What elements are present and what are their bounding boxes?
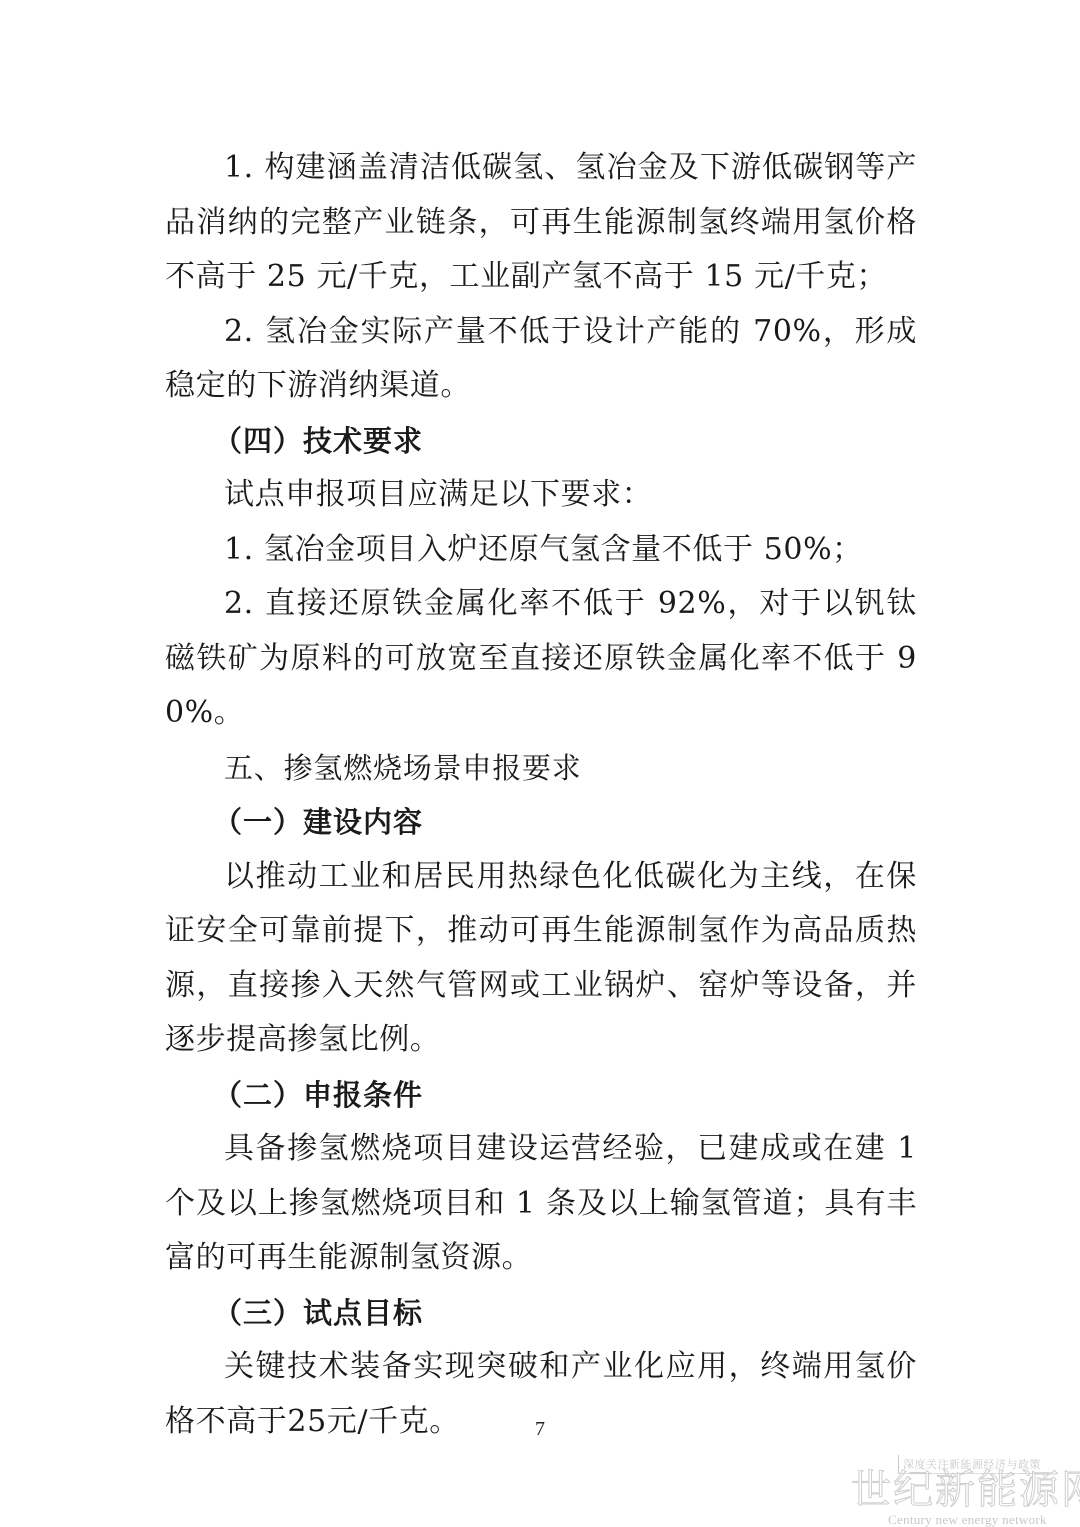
section-heading-hydrogen-blending: 五、掺氢燃烧场景申报要求: [165, 741, 917, 796]
paragraph-requirements-intro: 试点申报项目应满足以下要求：: [165, 468, 917, 523]
subheading-construction-content: （一）建设内容: [165, 795, 917, 850]
paragraph-hydrogen-content: 1. 氢冶金项目入炉还原气氢含量不低于 50%；: [165, 523, 917, 578]
paragraph-application-conditions: 具备掺氢燃烧项目建设运营经验，已建成或在建 1 个及以上掺氢燃烧项目和 1 条及…: [165, 1122, 917, 1286]
subheading-pilot-goals: （三）试点目标: [165, 1286, 917, 1341]
watermark-logo-title: 世纪新能源网: [851, 1470, 1080, 1510]
page-number: 7: [0, 1418, 1080, 1441]
paragraph-item-1-industry-chain: 1. 构建涵盖清洁低碳氢、氢冶金及下游低碳钢等产品消纳的完整产业链条，可再生能源…: [165, 141, 917, 305]
paragraph-metallization-rate: 2. 直接还原铁金属化率不低于 92%，对于以钒钛磁铁矿为原料的可放宽至直接还原…: [165, 577, 917, 741]
subheading-application-conditions: （二）申报条件: [165, 1068, 917, 1123]
paragraph-item-2-production-capacity: 2. 氢冶金实际产量不低于设计产能的 70%，形成稳定的下游消纳渠道。: [165, 305, 917, 414]
watermark-subtitle: Century new energy network: [888, 1512, 1047, 1527]
paragraph-construction-content: 以推动工业和居民用热绿色化低碳化为主线，在保证安全可靠前提下，推动可再生能源制氢…: [165, 850, 917, 1068]
subheading-technical-requirements: （四）技术要求: [165, 414, 917, 469]
document-body: 1. 构建涵盖清洁低碳氢、氢冶金及下游低碳钢等产品消纳的完整产业链条，可再生能源…: [165, 141, 917, 1449]
